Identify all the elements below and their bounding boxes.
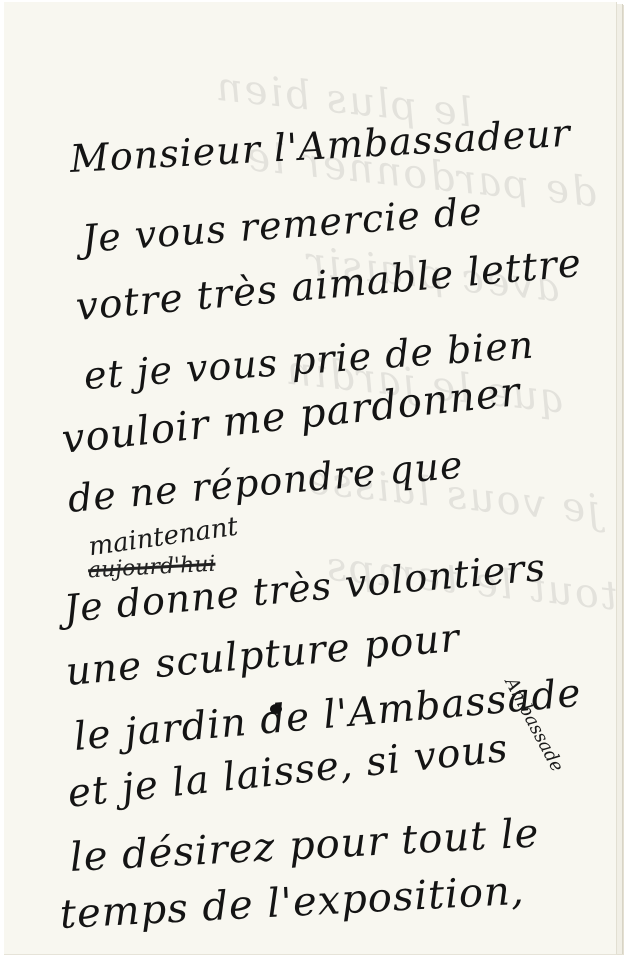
letter-line-11: temps de l'exposition, (59, 868, 526, 938)
letter-page: le plus bien de pardonner le avec plaisi… (4, 2, 617, 955)
letter-line-7: une sculpture pour (64, 616, 462, 695)
ink-blot (270, 704, 282, 714)
